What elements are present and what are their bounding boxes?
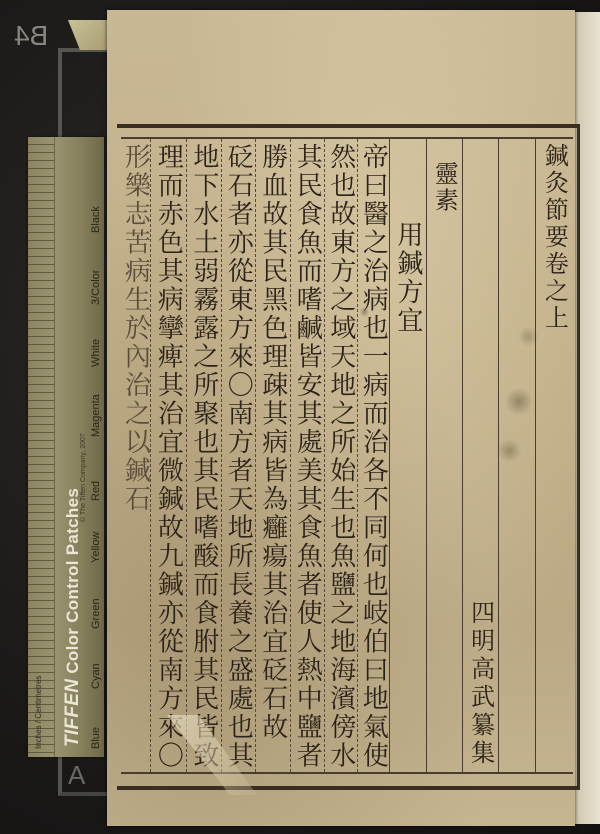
strip-brand-label: TIFFEN Color Control Patches bbox=[62, 488, 84, 747]
scan-scene: B4 A Inches / Centimetres TIFFEN Color C… bbox=[0, 0, 600, 834]
body-column-5: 砭石者亦從東方來〇南方者天地所長養之盛處也其 bbox=[221, 139, 255, 772]
body-text-4: 勝血故其民黑色理疎其病皆為癰瘍其治宜砭石故 bbox=[260, 139, 286, 772]
book-page: 鍼灸節要卷之上 四明高武纂集 靈素 用鍼方宜 帝曰醫之治病也一病而治各不同何也岐… bbox=[107, 10, 575, 826]
body-column-3: 其民食魚而嗜鹹皆安其處美其食魚者使人熱中鹽者 bbox=[290, 139, 324, 772]
body-column-1: 帝曰醫之治病也一病而治各不同何也岐伯曰地氣使 bbox=[357, 139, 390, 772]
compiler-column: 四明高武纂集 bbox=[462, 139, 498, 772]
body-text-2: 然也故東方之域天地之所始生也魚鹽之地海濱傍水 bbox=[328, 139, 354, 772]
compiler-credit: 四明高武纂集 bbox=[469, 596, 493, 772]
body-text-7: 理而赤色其病攣痺其治宜微鍼故九鍼亦從南方來〇 bbox=[155, 139, 181, 772]
patch-yellow: Yellow bbox=[90, 501, 102, 563]
patch-black: Black bbox=[90, 183, 102, 233]
patch-blue: Blue bbox=[90, 689, 102, 749]
blank-column bbox=[498, 139, 534, 772]
patch-labels: Blue Cyan Green Yellow Red Magenta White… bbox=[90, 149, 102, 749]
patch-cyan: Cyan bbox=[90, 629, 102, 689]
patch-green: Green bbox=[90, 563, 102, 629]
patch-3color: 3/Color bbox=[90, 233, 102, 305]
source-heading-column: 靈素 bbox=[426, 139, 462, 772]
body-column-8: 形樂志苦病生於內治之以鍼石 bbox=[121, 139, 150, 772]
body-column-2: 然也故東方之域天地之所始生也魚鹽之地海濱傍水 bbox=[324, 139, 357, 772]
strip-copyright: © The Tiffen Company, 2007 bbox=[80, 433, 87, 522]
section-title: 用鍼方宜 bbox=[395, 139, 421, 772]
paper-scrap bbox=[68, 20, 108, 50]
patch-red: Red bbox=[90, 437, 102, 501]
book-title: 鍼灸節要卷之上 bbox=[542, 139, 566, 772]
body-text-5: 砭石者亦從東方來〇南方者天地所長養之盛處也其 bbox=[225, 139, 251, 772]
section-title-column: 用鍼方宜 bbox=[389, 139, 425, 772]
brand-name: TIFFEN bbox=[62, 679, 83, 747]
patch-magenta: Magenta bbox=[90, 367, 102, 437]
ruler-units: Inches / Centimetres bbox=[34, 676, 43, 749]
text-columns: 鍼灸節要卷之上 四明高武纂集 靈素 用鍼方宜 帝曰醫之治病也一病而治各不同何也岐… bbox=[121, 139, 573, 772]
body-text-6: 地下水土弱霧露之所聚也其民嗜酸而食胕其民皆致 bbox=[191, 139, 217, 772]
board-label: B4 bbox=[14, 20, 48, 52]
body-column-7: 理而赤色其病攣痺其治宜微鍼故九鍼亦從南方來〇 bbox=[150, 139, 186, 772]
body-text-1: 帝曰醫之治病也一病而治各不同何也岐伯曰地氣使 bbox=[360, 139, 386, 772]
color-control-strip: Inches / Centimetres TIFFEN Color Contro… bbox=[28, 137, 104, 757]
ruler-ticks bbox=[28, 137, 55, 757]
frame-rule-bottom bbox=[121, 772, 573, 774]
units-centimetres: Centimetres bbox=[34, 676, 43, 719]
body-text-8: 形樂志苦病生於內治之以鍼石 bbox=[122, 139, 148, 772]
patch-white: White bbox=[90, 305, 102, 367]
body-text-3: 其民食魚而嗜鹹皆安其處美其食魚者使人熱中鹽者 bbox=[294, 139, 320, 772]
body-column-4: 勝血故其民黑色理疎其病皆為癰瘍其治宜砭石故 bbox=[255, 139, 289, 772]
units-inches: Inches bbox=[34, 725, 43, 749]
title-column: 鍼灸節要卷之上 bbox=[535, 139, 573, 772]
source-heading: 靈素 bbox=[432, 139, 456, 772]
body-column-6: 地下水土弱霧露之所聚也其民嗜酸而食胕其民皆致 bbox=[186, 139, 220, 772]
board-letter: A bbox=[68, 760, 85, 791]
